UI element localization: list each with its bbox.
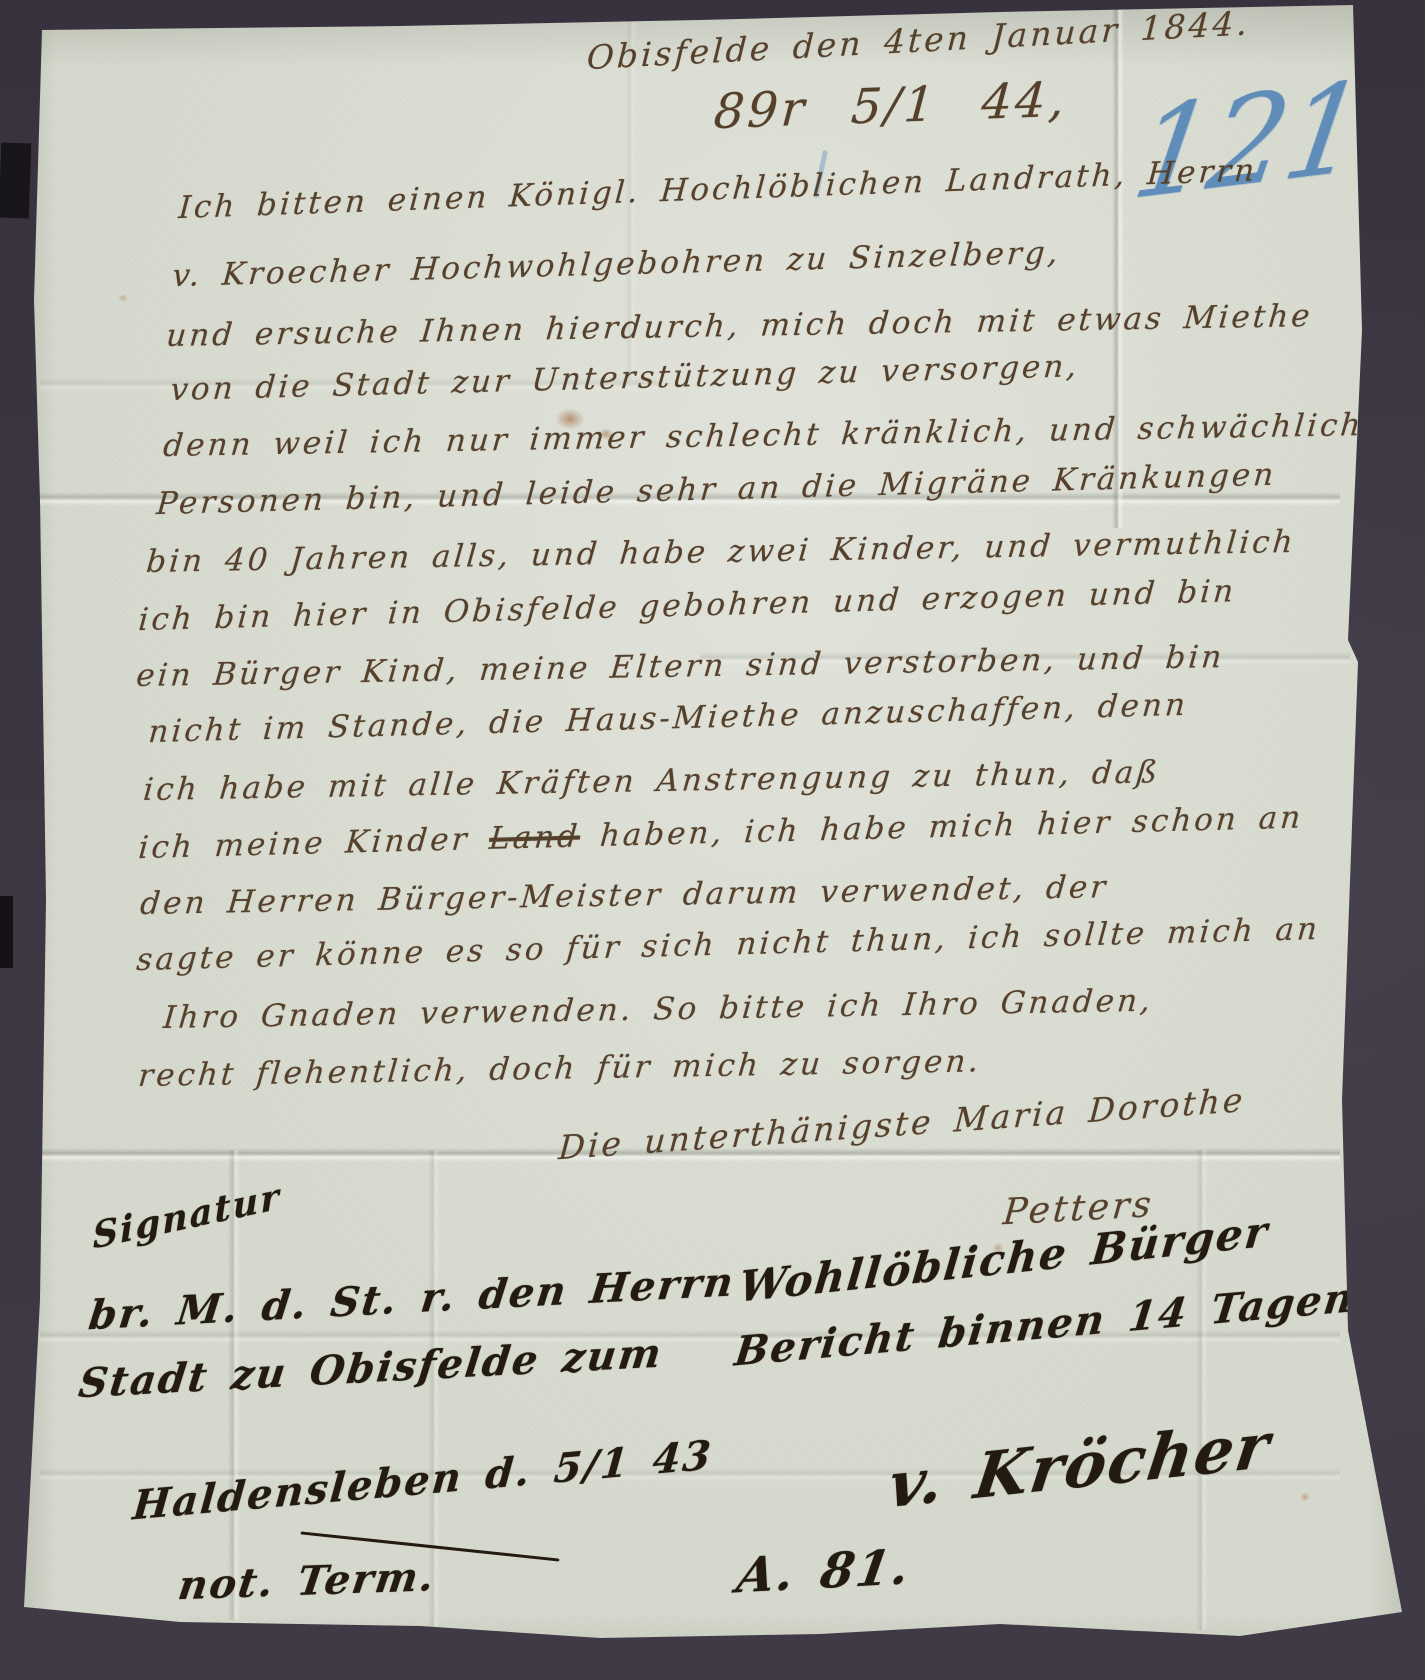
- letter-line: denn weil ich nur immer schlecht kränkli…: [162, 407, 1386, 464]
- clerk-note-line: Stadt zu Obisfelde zum: [76, 1329, 665, 1407]
- docket-label: Signatur: [92, 1175, 281, 1258]
- clerk-place-date: Haldensleben d. 5/1 43: [131, 1431, 715, 1529]
- letter-line: Personen bin, und leide sehr an die Migr…: [155, 457, 1277, 522]
- mount-tab: [0, 896, 13, 968]
- letter-line: den Herren Bürger-Meister darum verwende…: [139, 869, 1110, 922]
- clerk-note-term: not. Term.: [175, 1553, 439, 1609]
- letter-line: bin 40 Jahren alls, und habe zwei Kinder…: [145, 524, 1297, 580]
- letter-line: sagte er könne es so für sich nicht thun…: [135, 911, 1321, 978]
- mount-tab: [0, 142, 31, 218]
- letter-line: recht flehentlich, doch für mich zu sorg…: [137, 1043, 983, 1094]
- letter-line: Ich bitten einen Königl. Hochlöblichen L…: [177, 152, 1258, 226]
- closing-line: Die unterthänigste Maria Dorothe: [557, 1080, 1246, 1167]
- clerk-signature-kroecher: v. Kröcher: [885, 1408, 1276, 1523]
- letter-line: ein Bürger Kind, meine Eltern sind verst…: [135, 639, 1226, 694]
- fold-crease: [1112, 8, 1124, 528]
- dateline: Obisfelde den 4ten Januar 1844.: [586, 3, 1251, 77]
- letter-line-segment: haben, ich habe mich hier schon an: [579, 800, 1305, 855]
- blue-registry-number: 121: [1124, 54, 1372, 228]
- foxing-spot: [118, 294, 128, 302]
- letter-paper: Obisfelde den 4ten Januar 1844. 89r 5/1 …: [0, 0, 1425, 1680]
- clerk-file-ref: A. 81.: [733, 1539, 915, 1605]
- photo-background: Obisfelde den 4ten Januar 1844. 89r 5/1 …: [0, 0, 1425, 1680]
- letter-line: ich meine Kinder Land haben, ich habe mi…: [137, 800, 1304, 867]
- clerk-note-line: br. M. d. St. r. den Herrn: [86, 1258, 737, 1339]
- letter-line: v. Kroecher Hochwohlgebohren zu Sinzelbe…: [171, 235, 1062, 294]
- foxing-spot: [1300, 1492, 1310, 1502]
- struck-word: Land: [488, 818, 582, 856]
- fee-note: 89r 5/1 44,: [712, 72, 1069, 140]
- letter-line: und ersuche Ihnen hierdurch, mich doch m…: [165, 298, 1314, 354]
- letter-line-segment: ich meine Kinder: [137, 821, 491, 866]
- letter-line: ich habe mit alle Kräften Anstrengung zu…: [142, 754, 1162, 808]
- letter-line: nicht im Stande, die Haus-Miethe anzusch…: [147, 687, 1189, 750]
- letter-line: ich bin hier in Obisfelde gebohren und e…: [137, 573, 1237, 638]
- letter-line: von die Stadt zur Unterstützung zu verso…: [169, 348, 1080, 408]
- letter-line: Ihro Gnaden verwenden. So bitte ich Ihro…: [162, 983, 1155, 1036]
